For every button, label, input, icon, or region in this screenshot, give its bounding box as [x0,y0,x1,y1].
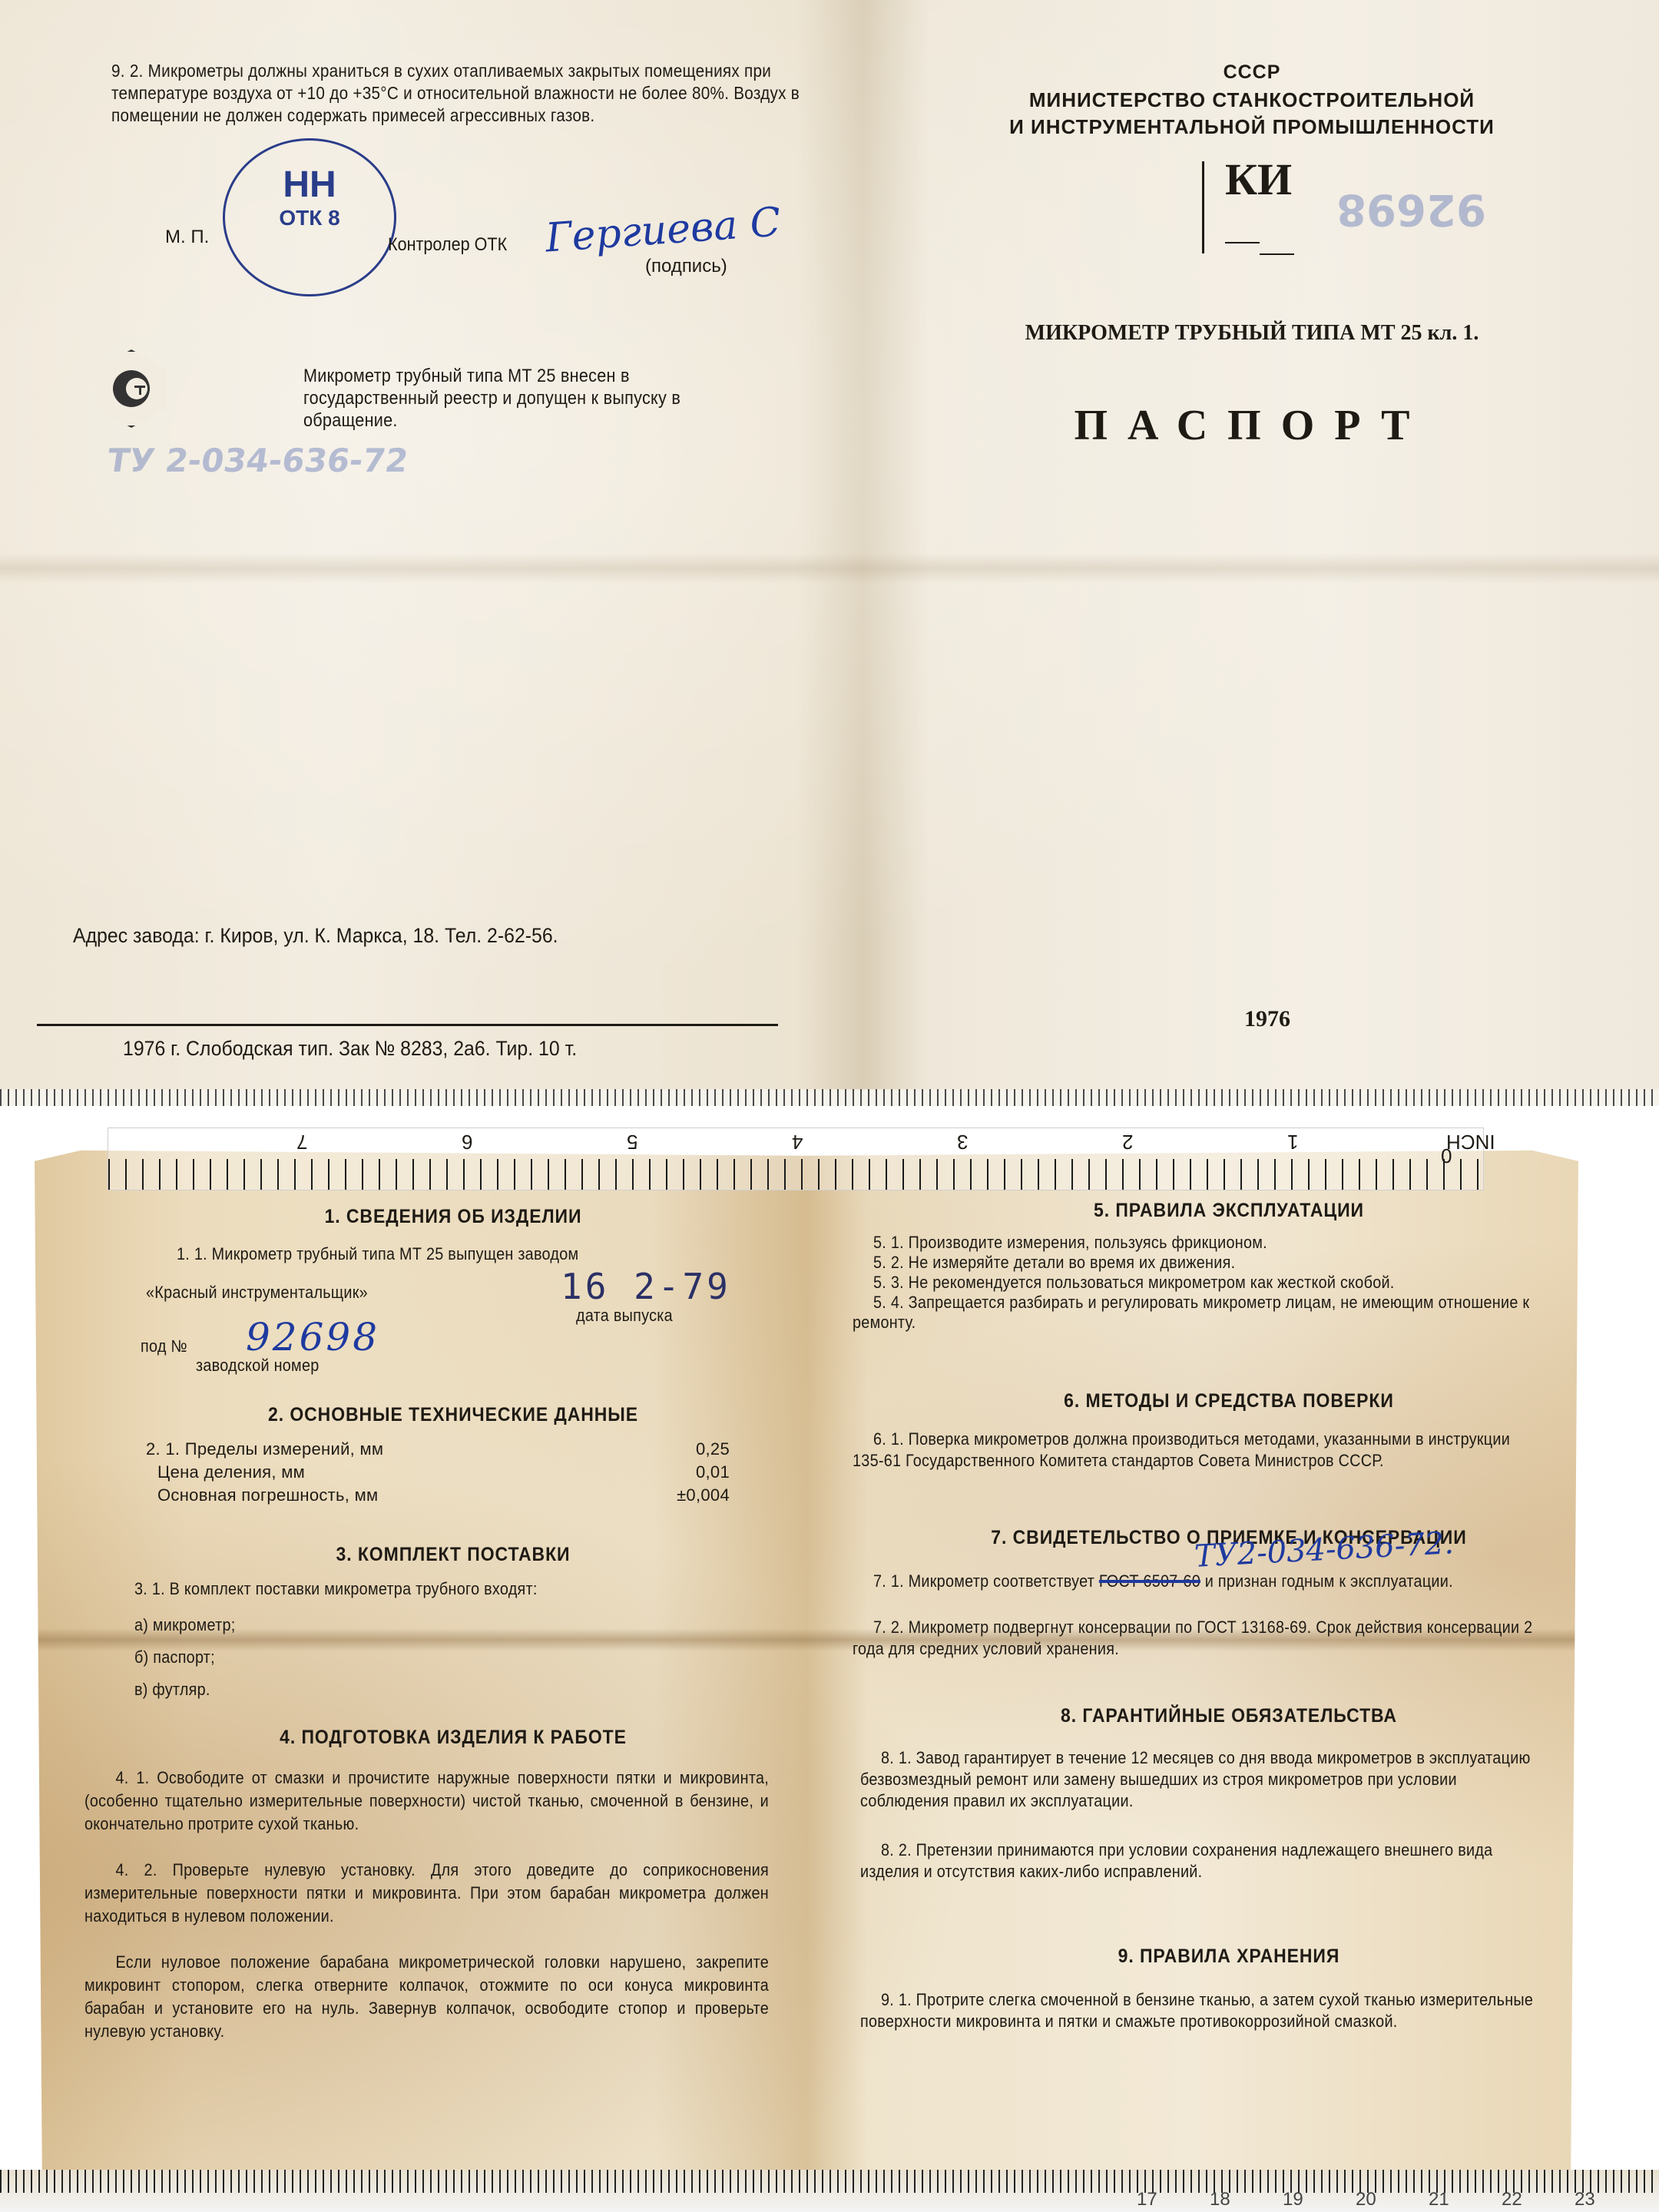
section-4-p2: 4. 2. Проверьте нулевую установку. Для э… [84,1859,769,1928]
spec-label: 2. 1. Пределы измерений, мм [146,1438,383,1461]
section-8-p1: 8. 1. Завод гарантирует в течение 12 мес… [860,1747,1545,1812]
spec-row: Основная погрешность, мм±0,004 [146,1484,730,1507]
section-8-heading: 8. ГАРАНТИЙНЫЕ ОБЯЗАТЕЛЬСТВА [876,1705,1582,1727]
cm-label: 20 [1356,2189,1376,2210]
list-item: а) микрометр; [134,1609,236,1641]
cm-label: 21 [1429,2189,1449,2210]
cover-header: СССР МИНИСТЕРСТВО СТАНКОСТРОИТЕЛЬНОЙ И И… [845,61,1659,139]
top-ruler-edge [0,1089,1659,1106]
spec-value: 0,01 [696,1461,730,1484]
cm-label: 19 [1283,2189,1303,2210]
cm-label: 23 [1575,2189,1595,2210]
spec-value: 0,25 [696,1438,730,1461]
spec-label: Цена деления, мм [157,1461,305,1484]
spec-label: Основная погрешность, мм [157,1484,379,1507]
stamp-otk-text: ОТК [279,206,322,230]
brand-underline-1 [1225,242,1260,243]
cm-label: 22 [1502,2189,1522,2210]
section-7-p2: 7. 2. Микрометр подвергнут консервации п… [853,1617,1544,1660]
gost-quality-mark-icon [92,349,171,428]
ministry-line-2: И ИНСТРУМЕНТАЛЬНОЙ ПРОМЫШЛЕННОСТИ [845,115,1659,139]
stamp-top: НН [225,164,394,206]
list-item: 5. 4. Запрещается разбирать и регулирова… [853,1293,1544,1333]
section-4-heading: 4. ПОДГОТОВКА ИЗДЕЛИЯ К РАБОТЕ [142,1727,764,1749]
passport-inner-spread: INCH 0 1 2 3 4 5 6 7 1. СВЕДЕНИЯ ОБ ИЗДЕ… [0,1106,1659,2212]
ruler-unit: INCH [1446,1130,1495,1154]
section-7-p1-after: и признан годным к эксплуатации. [1205,1571,1453,1591]
release-date-caption: дата выпуска [576,1304,673,1327]
document-title: ПАСПОРТ [845,401,1659,450]
signature-caption: (подпись) [645,256,727,277]
release-date-stamp: 16 2-79 [561,1266,731,1307]
cover-year: 1976 [1244,1006,1290,1032]
list-item: 5. 1. Производите измерения, пользуясь ф… [853,1233,1544,1253]
registry-note: Микрометр трубный типа МТ 25 внесен в го… [303,365,760,432]
country: СССР [845,61,1659,84]
section-3-intro: 3. 1. В комплект поставки микрометра тру… [134,1578,538,1601]
storage-rule-9-2: 9. 2. Микрометры должны храниться в сухи… [111,60,837,127]
section-7-p1: 7. 1. Микрометр соответствует ГОСТ 6507-… [853,1571,1544,1592]
ruler-label-4: 4 [792,1130,803,1154]
spec-table: 2. 1. Пределы измерений, мм0,25 Цена дел… [146,1438,730,1507]
delivery-list: а) микрометр; б) паспорт; в) футляр. [134,1609,236,1706]
factory-address: Адрес завода: г. Киров, ул. К. Маркса, 1… [73,924,558,948]
section-9-heading: 9. ПРАВИЛА ХРАНЕНИЯ [876,1945,1582,1968]
list-item: 5. 2. Не измеряйте детали во время их дв… [853,1253,1544,1273]
faint-serial-number: 92698 [1336,184,1486,234]
ruler-label-0: 0 [1441,1144,1452,1167]
cm-label: 18 [1210,2189,1230,2210]
section-9-p1: 9. 1. Протрите слегка смоченной в бензин… [860,1989,1545,2032]
section-6-heading: 6. МЕТОДЫ И СРЕДСТВА ПОВЕРКИ [876,1390,1582,1412]
section-1-heading: 1. СВЕДЕНИЯ ОБ ИЗДЕЛИИ [142,1206,764,1228]
section-8-p2: 8. 2. Претензии принимаются при условии … [860,1839,1545,1883]
mp-label: М. П. [165,227,209,248]
product-title: МИКРОМЕТР ТРУБНЫЙ ТИПА МТ 25 кл. 1. [845,321,1659,346]
cm-ruler-ticks [0,2170,1659,2193]
serial-caption: заводской номер [196,1354,320,1377]
section-5-list: 5. 1. Производите измерения, пользуясь ф… [853,1233,1544,1333]
faint-blue-stamp: ТУ 2-034-636-72 [105,442,411,479]
ruler-label-3: 3 [957,1130,968,1154]
struck-gost: ГОСТ 6507-60 [1099,1571,1200,1591]
spec-row: Цена деления, мм0,01 [146,1461,730,1484]
controller-label: Контролер ОТК [388,234,507,256]
stamp-bottom: ОТК 8 [225,206,394,230]
list-item: 5. 3. Не рекомендуется пользоваться микр… [853,1273,1544,1293]
brand-underline-2 [1260,253,1294,255]
brand-mark-bar [1202,161,1204,253]
ministry-line-1: МИНИСТЕРСТВО СТАНКОСТРОИТЕЛЬНОЙ [845,88,1659,112]
section-2-heading: 2. ОСНОВНЫЕ ТЕХНИЧЕСКИЕ ДАННЫЕ [142,1404,764,1426]
section-1-line-1: 1. 1. Микрометр трубный типа МТ 25 выпущ… [177,1243,578,1266]
cm-label: 17 [1137,2189,1157,2210]
ruler-label-2: 2 [1122,1130,1133,1154]
section-5-heading: 5. ПРАВИЛА ЭКСПЛУАТАЦИИ [876,1200,1582,1222]
footer-divider [37,1024,778,1026]
brand-mark-ki: КИ [1225,154,1292,205]
ruler-ticks [108,1159,1483,1190]
inch-ruler: INCH 0 1 2 3 4 5 6 7 [108,1128,1484,1190]
stamp-number: 8 [328,206,340,230]
gost-c-glyph-icon [94,352,168,426]
factory-name: «Красный инструментальщик» [146,1281,368,1304]
serial-prefix: под № [141,1335,187,1358]
controller-signature: Гергиева С [544,199,782,261]
otk-stamp: НН ОТК 8 [223,138,396,296]
section-4-p1: 4. 1. Освободите от смазки и прочистите … [84,1767,769,1836]
ruler-label-1: 1 [1287,1130,1298,1154]
ruler-label-7: 7 [296,1130,307,1154]
section-3-heading: 3. КОМПЛЕКТ ПОСТАВКИ [142,1544,764,1566]
list-item: б) паспорт; [134,1641,236,1674]
spec-value: ±0,004 [677,1484,730,1507]
section-7-p1-before: 7. 1. Микрометр соответствует [873,1571,1094,1591]
spec-row: 2. 1. Пределы измерений, мм0,25 [146,1438,730,1461]
ruler-label-5: 5 [627,1130,637,1154]
serial-number: 92698 [246,1315,379,1359]
section-4-p3: Если нуловое положение барабана микромет… [84,1951,769,2043]
list-item: в) футляр. [134,1674,236,1706]
passport-outer-spread: 9. 2. Микрометры должны храниться в сухи… [0,0,1659,1091]
cm-ruler: 17 18 19 20 21 22 23 [0,2170,1659,2212]
section-6-p1: 6. 1. Поверка микрометров должна произво… [853,1429,1544,1472]
printing-info: 1976 г. Слободская тип. Зак № 8283, 2а6.… [123,1037,577,1061]
ruler-label-6: 6 [462,1130,472,1154]
